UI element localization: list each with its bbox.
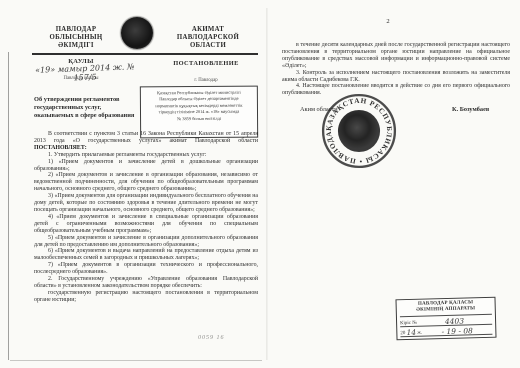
paragraph: 3. Контроль за исполнением настоящего по…: [282, 70, 510, 84]
header-kazakh: ПАВЛОДАР ОБЛЫСЫНЫҢ ӘКІМДІГІ: [34, 26, 118, 50]
incoming-date-row: 20 14 ж. - 19 - 08: [400, 327, 492, 337]
document-title: Об утверждении регламентов государственн…: [34, 96, 140, 120]
header-ru-line: АКИМАТ: [162, 26, 254, 34]
seal-center-emblem: [338, 110, 380, 152]
incoming-number-row: Кіріс № 4403: [400, 317, 492, 327]
incoming-registration-stamp: ПАВЛОДАР ҚАЛАСЫ ӘКІМІНІҢ АППАРАТЫ Кіріс …: [395, 297, 496, 341]
place-kk: Павлодар қаласы: [34, 76, 128, 81]
header-kk-line: ПАВЛОДАР: [34, 26, 118, 34]
paragraph: 4) «Прием документов и зачисление в спец…: [34, 214, 258, 235]
date-handwritten: - 19 - 08: [422, 327, 492, 336]
doc-type-ru: ПОСТАНОВЛЕНИЕ: [154, 60, 258, 67]
page-number: 2: [262, 18, 514, 25]
paragraph: 3) «Прием документов для организации инд…: [34, 193, 258, 214]
paragraph: 1) «Прием документов и зачисление детей …: [34, 159, 258, 173]
header-kk-line: ӘКІМДІГІ: [34, 42, 118, 50]
incoming-stamp-org-line2: ӘКІМІНІҢ АППАРАТЫ: [400, 306, 492, 314]
body-text: В соответствии с пунктом 3 статьи 16 Зак…: [34, 131, 258, 304]
paragraph: 7) «Прием документов в организации техни…: [34, 262, 258, 276]
paragraph: 2) «Прием документов и зачисление в орга…: [34, 172, 258, 193]
page-2: 2 в течение десяти календарных дней посл…: [262, 4, 514, 364]
header-divider: [32, 53, 258, 55]
pencil-note: 0059 16: [198, 335, 225, 341]
entry-number-handwritten: 4403: [417, 317, 492, 326]
scanned-document: ПАВЛОДАР ОБЛЫСЫНЫҢ ӘКІМДІГІ АКИМАТ ПАВЛО…: [0, 0, 520, 368]
paragraph: 5) «Прием документов и зачисление в орга…: [34, 235, 258, 249]
entry-number-label: Кіріс №: [400, 321, 417, 326]
body-text-page2: в течение десяти календарных дней после …: [282, 42, 510, 97]
official-round-seal: ҚАЗАҚСТАН РЕСПУБЛИКАСЫ • ПАВЛОДАР ОБЛЫСЫ…: [320, 92, 398, 170]
page-1: ПАВЛОДАР ОБЛЫСЫНЫҢ ӘКІМДІГІ АКИМАТ ПАВЛО…: [6, 4, 262, 364]
paragraph: 6) «Прием документов и выдача направлени…: [34, 248, 258, 262]
paragraph: государственную регистрацию настоящего п…: [34, 290, 258, 304]
paragraph: в течение десяти календарных дней после …: [282, 42, 510, 70]
reg-stamp-line: № 3859 болып енгізілді: [143, 115, 255, 122]
reg-stamp-line: тіркеудің тізіліміне 2014 ж. «18» маусым…: [143, 109, 255, 116]
header-ru-line: ОБЛАСТИ: [162, 42, 254, 50]
place-ru: г. Павлодар: [154, 78, 258, 83]
paragraph: В соответствии с пунктом 3 статьи 16 Зак…: [34, 131, 258, 152]
signature-name: К. Бозумбаев: [452, 106, 489, 113]
paragraph: 2. Государственному учреждению «Управлен…: [34, 276, 258, 290]
state-emblem-icon: [121, 17, 153, 49]
year-handwritten: 14: [405, 329, 417, 336]
header-ru-line: ПАВЛОДАРСКОЙ: [162, 34, 254, 42]
header-russian: АКИМАТ ПАВЛОДАРСКОЙ ОБЛАСТИ: [162, 26, 254, 50]
header-kk-line: ОБЛЫСЫНЫҢ: [34, 34, 118, 42]
paragraph: 1. Утвердить прилагаемые регламенты госу…: [34, 152, 258, 159]
